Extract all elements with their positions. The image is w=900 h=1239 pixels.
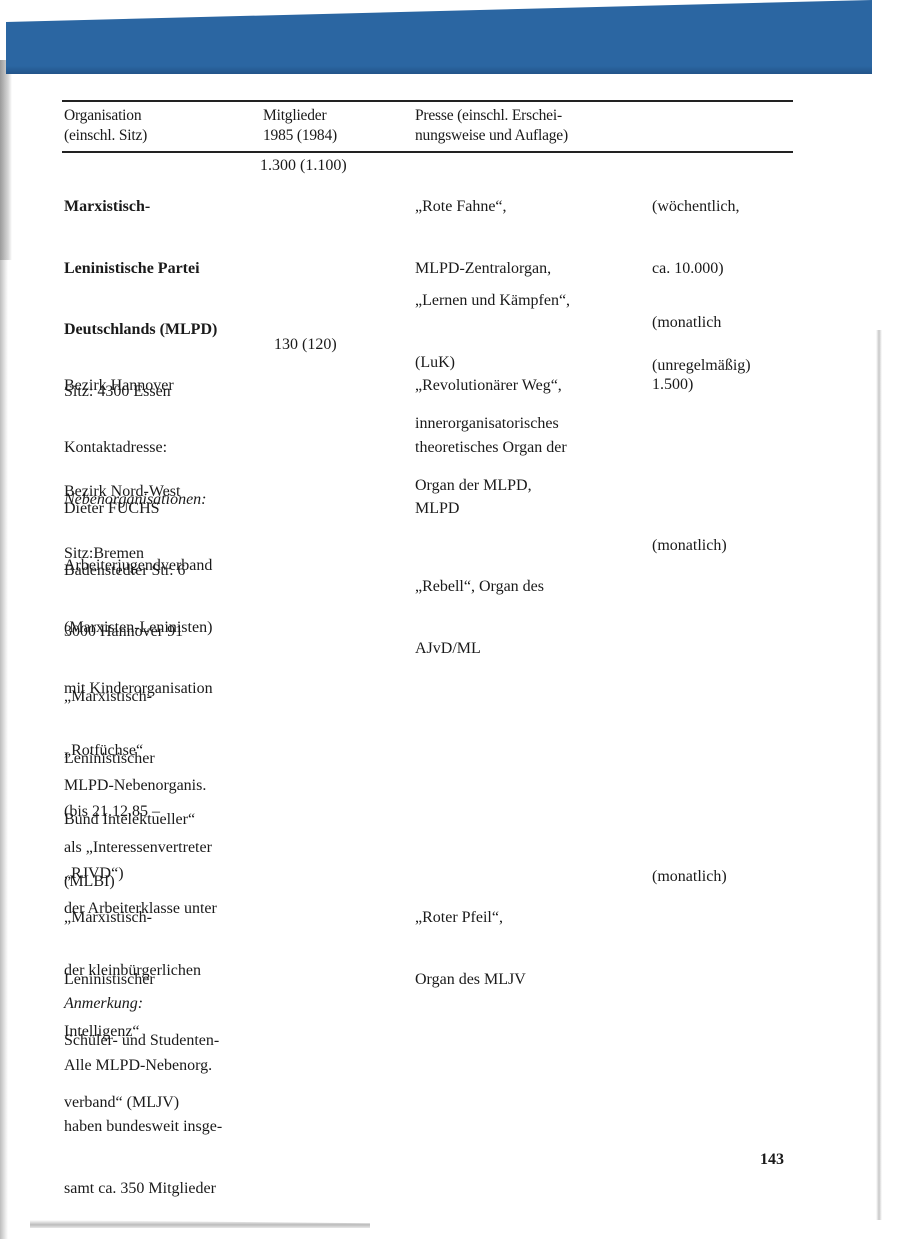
header-members: Mitglieder 1985 (1984) xyxy=(263,106,337,146)
section-label-nebenorganisationen: Nebenorganisationen: xyxy=(64,490,207,511)
press-roter-pfeil-title: „Roter Pfeil“, Organ des MLJV xyxy=(415,867,526,1031)
header-organisation: Organisation (einschl. Sitz) xyxy=(64,106,147,146)
table-header-rule xyxy=(62,151,793,153)
header-press: Presse (einschl. Erschei- nungsweise und… xyxy=(415,106,568,146)
table-row-mlpd-members: 1.300 (1.100) xyxy=(260,156,347,177)
page-left-edge-shadow-top xyxy=(0,60,12,260)
header-color-band xyxy=(6,0,872,74)
page-number: 143 xyxy=(760,1151,784,1169)
press-revolutionaerer-weg-frequency: (unregelmäßig) xyxy=(652,356,751,377)
press-luk-frequency: (monatlich 1.500) xyxy=(652,272,721,436)
press-revolutionaerer-weg-title: „Revolutionärer Weg“, theoretisches Orga… xyxy=(415,335,567,561)
press-rebell-frequency: (monatlich) xyxy=(652,536,727,557)
page-right-edge-shadow xyxy=(876,330,882,1220)
table-row-hannover-members: 130 (120) xyxy=(274,335,337,356)
table-note: Anmerkung: Alle MLPD-Nebenorg. haben bun… xyxy=(64,953,222,1239)
table-top-rule xyxy=(62,100,793,102)
press-rebell-title: „Rebell“, Organ des AJvD/ML xyxy=(415,536,544,700)
press-roter-pfeil-frequency: (monatlich) xyxy=(652,867,727,888)
